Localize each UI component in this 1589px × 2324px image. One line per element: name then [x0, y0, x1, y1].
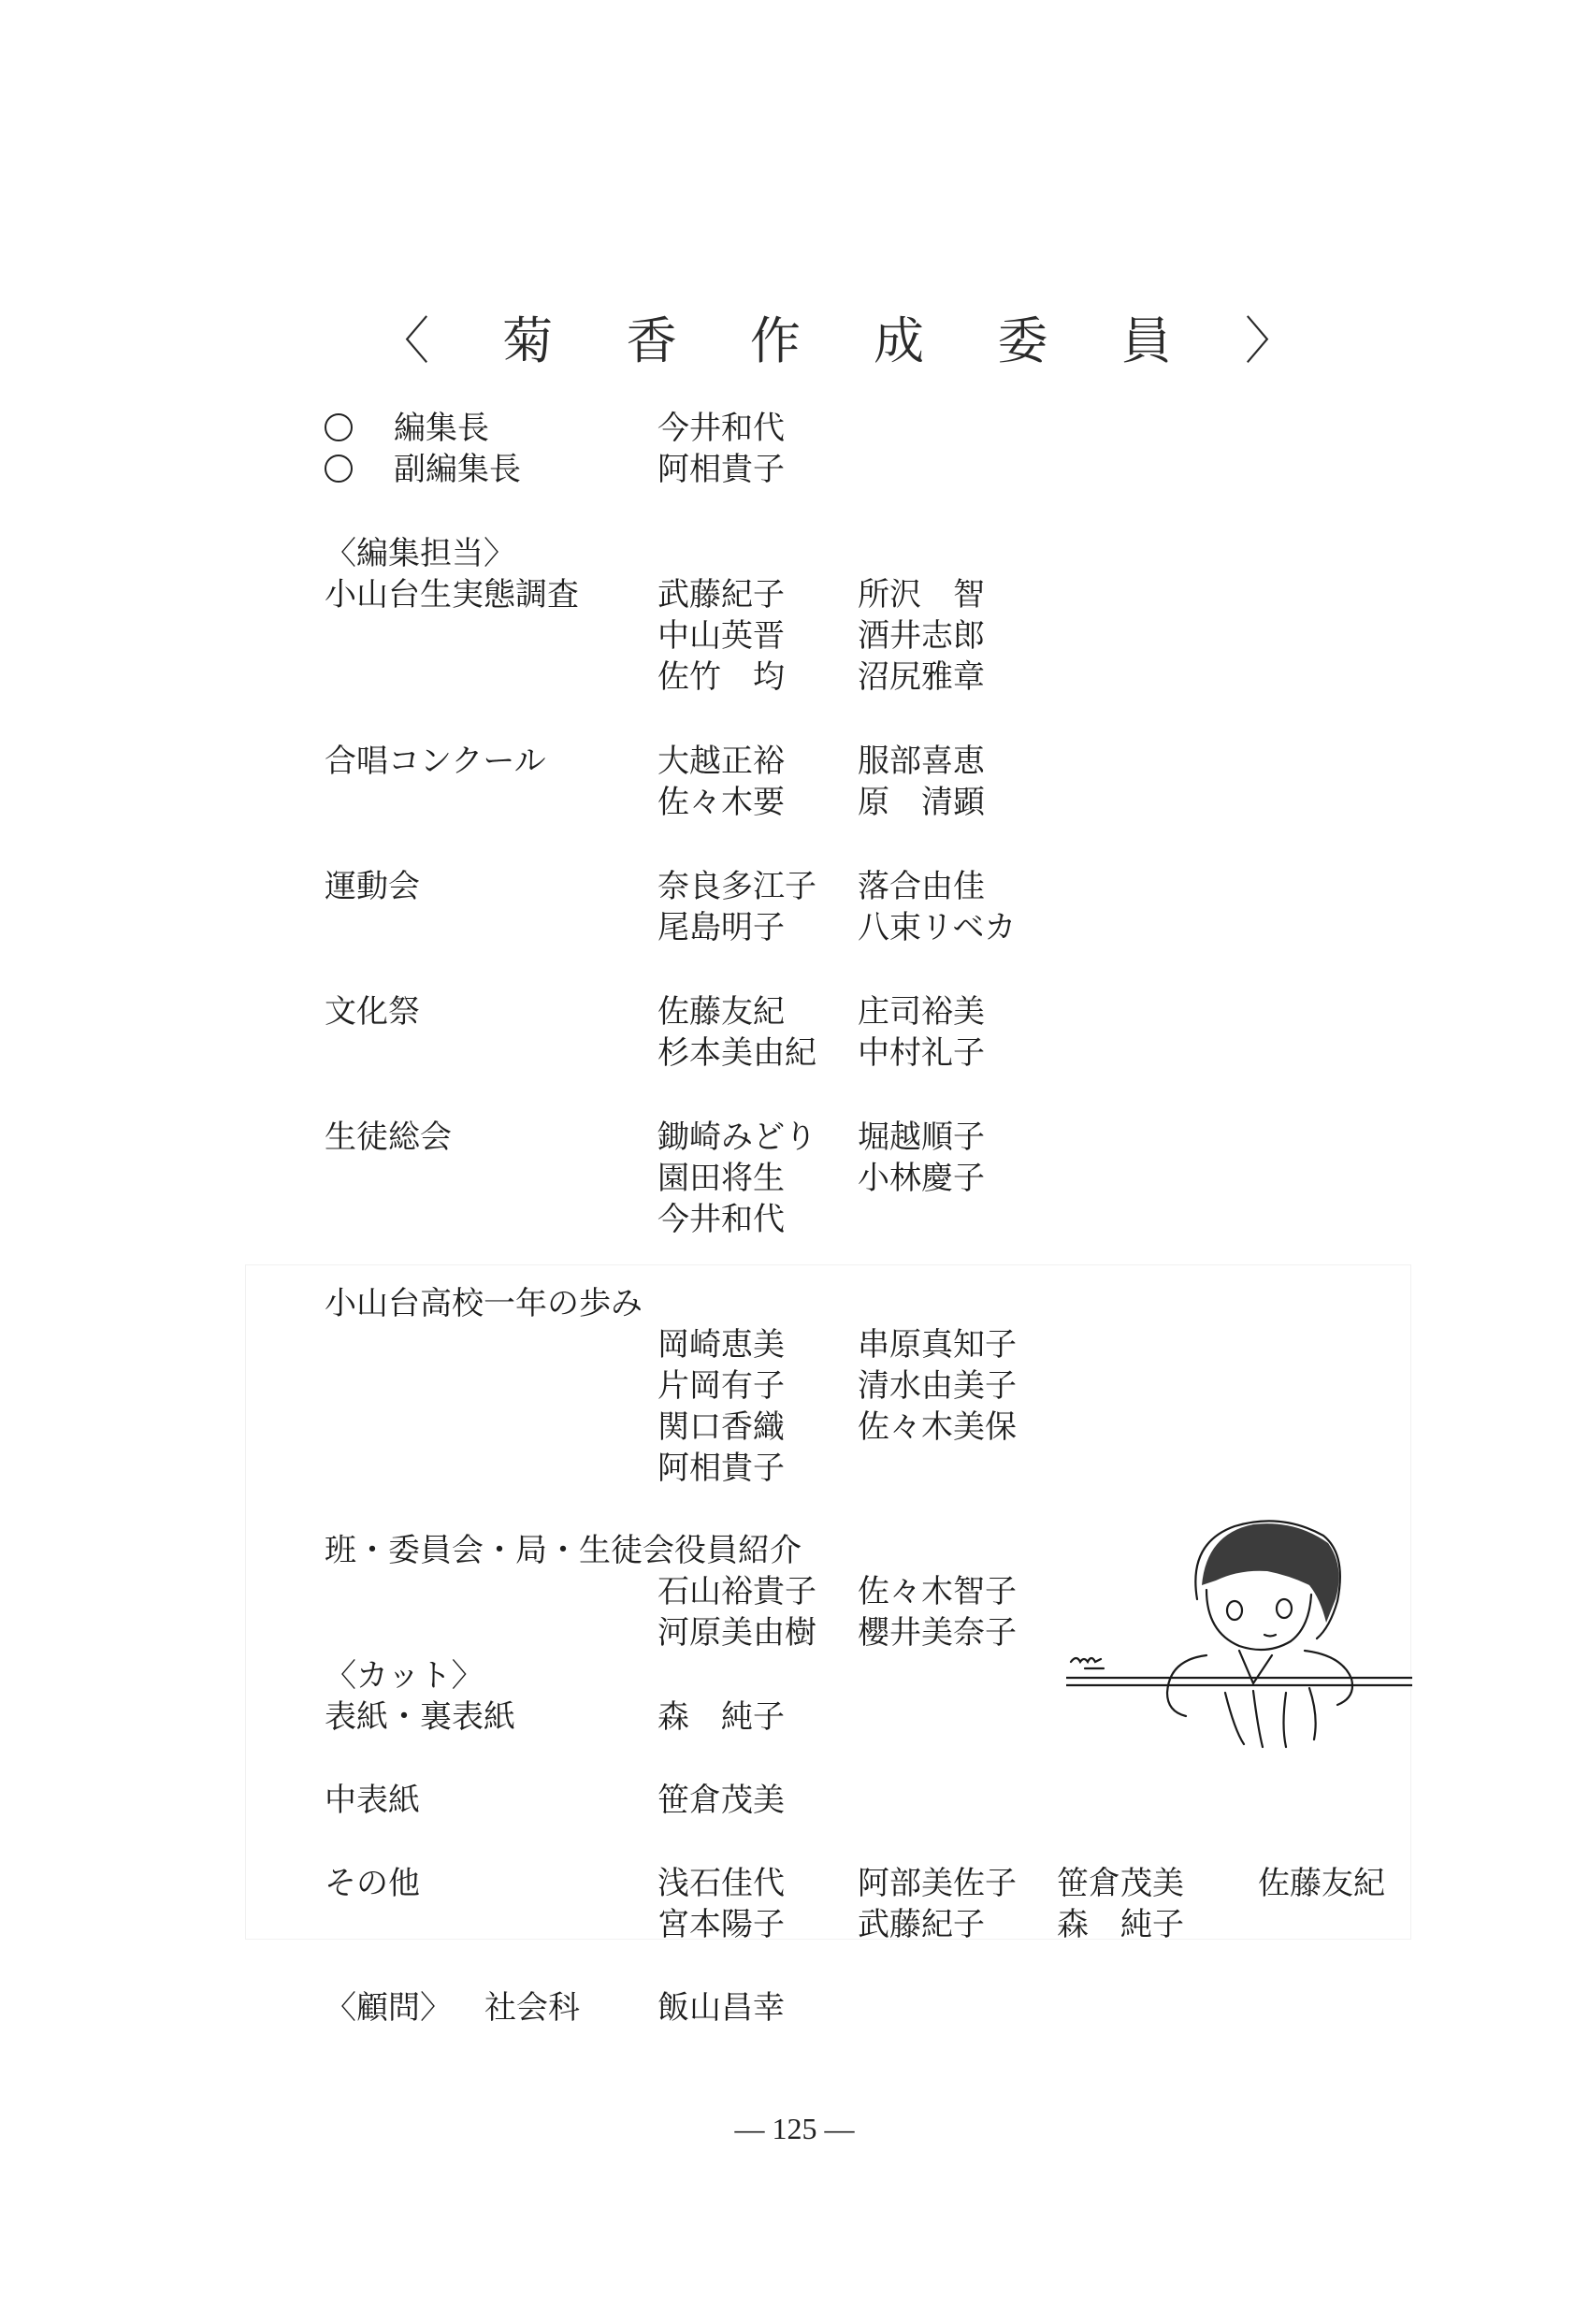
member-name: 酒井志郎	[858, 615, 985, 657]
member-name: 落合由佳	[858, 866, 985, 907]
title-char: 作	[750, 301, 801, 373]
student-illustration	[1066, 1496, 1412, 1758]
title-char: 成	[874, 301, 924, 373]
section-label: 生徒総会	[325, 1117, 452, 1158]
member-name: 武藤紀子	[657, 574, 785, 615]
member-name: 沼尻雅章	[858, 657, 985, 698]
section-label: 表紙・裏表紙	[325, 1696, 515, 1738]
member-name: 宮本陽子	[657, 1904, 785, 1945]
member-name: 大越正裕	[657, 741, 785, 782]
member-name: 阿相貴子	[657, 449, 785, 490]
member-name: 今井和代	[657, 408, 785, 449]
member-name: 森 純子	[657, 1696, 785, 1738]
page-title: 〈 菊 香 作 成 委 員 〉	[379, 304, 1295, 369]
member-name: 笹倉茂美	[657, 1780, 785, 1821]
member-name: 串原真知子	[858, 1324, 1017, 1365]
member-name: 八束リベカ	[858, 907, 1016, 948]
section-label: 文化祭	[325, 991, 420, 1032]
member-name: 佐々木要	[657, 782, 785, 823]
member-name: 櫻井美奈子	[858, 1612, 1017, 1653]
member-name: 中村礼子	[858, 1032, 985, 1074]
member-name: 鋤崎みどり	[657, 1117, 816, 1158]
member-name: 岡崎恵美	[657, 1324, 785, 1365]
member-name: 尾島明子	[657, 907, 785, 948]
section-label: 班・委員会・局・生徒会役員紹介	[325, 1530, 802, 1571]
member-name: 関口香織	[657, 1407, 785, 1448]
role-label: 副編集長	[394, 451, 521, 488]
member-name: 阿相貴子	[657, 1448, 785, 1489]
member-name: 石山裕貴子	[657, 1571, 816, 1612]
page-number: — 125 —	[0, 2112, 1589, 2146]
member-name: 河原美由樹	[657, 1612, 816, 1653]
member-name: 庄司裕美	[858, 991, 985, 1032]
advisor-name: 飯山昌幸	[657, 1987, 785, 2028]
member-name: 杉本美由紀	[657, 1032, 816, 1074]
section-label: 中表紙	[325, 1780, 420, 1821]
member-name: 片岡有子	[657, 1365, 785, 1407]
section-label: 運動会	[325, 866, 420, 907]
title-char: 香	[627, 301, 677, 373]
member-name: 佐々木智子	[858, 1571, 1017, 1612]
member-name: 佐藤友紀	[657, 991, 785, 1032]
title-char: 員	[1121, 301, 1172, 373]
member-name: 清水由美子	[858, 1365, 1017, 1407]
member-name: 佐竹 均	[657, 657, 785, 698]
section-label: 小山台生実態調査	[325, 574, 579, 615]
title-char: 〈	[379, 301, 429, 373]
member-name: 所沢 智	[858, 574, 985, 615]
member-name: 佐藤友紀	[1258, 1863, 1385, 1904]
member-name: 中山英晋	[657, 615, 785, 657]
member-name: 武藤紀子	[858, 1904, 985, 1945]
member-name: 佐々木美保	[858, 1407, 1017, 1448]
member-name: 小林慶子	[858, 1158, 985, 1199]
member-name: 今井和代	[657, 1199, 785, 1240]
role-label: 編集長	[394, 410, 489, 447]
title-char: 菊	[502, 301, 553, 373]
member-name: 園田将生	[657, 1158, 785, 1199]
circle-bullet-icon	[325, 455, 353, 483]
circle-bullet-icon	[325, 413, 353, 441]
title-char: 〉	[1245, 301, 1295, 373]
advisor-subject: 社会科	[484, 1987, 580, 2028]
student-drawing-icon	[1066, 1496, 1412, 1758]
document-page: 〈 菊 香 作 成 委 員 〉 編集長 今井和代 副編集長 阿相貴子 〈編集担当…	[0, 0, 1589, 2324]
member-name: 浅石佳代	[657, 1863, 785, 1904]
section-label: その他	[325, 1863, 420, 1904]
advisor-header: 〈顧問〉	[325, 1987, 452, 2028]
member-name: 堀越順子	[858, 1117, 985, 1158]
title-char: 委	[997, 301, 1047, 373]
member-name: 服部喜恵	[858, 741, 985, 782]
member-name: 阿部美佐子	[858, 1863, 1017, 1904]
member-name: 奈良多江子	[657, 866, 816, 907]
section-label: 合唱コンクール	[325, 741, 546, 782]
section-label: 小山台高校一年の歩み	[325, 1283, 643, 1324]
member-name: 原 清顕	[858, 782, 985, 823]
member-name: 笹倉茂美	[1057, 1863, 1184, 1904]
member-name: 森 純子	[1057, 1904, 1184, 1945]
